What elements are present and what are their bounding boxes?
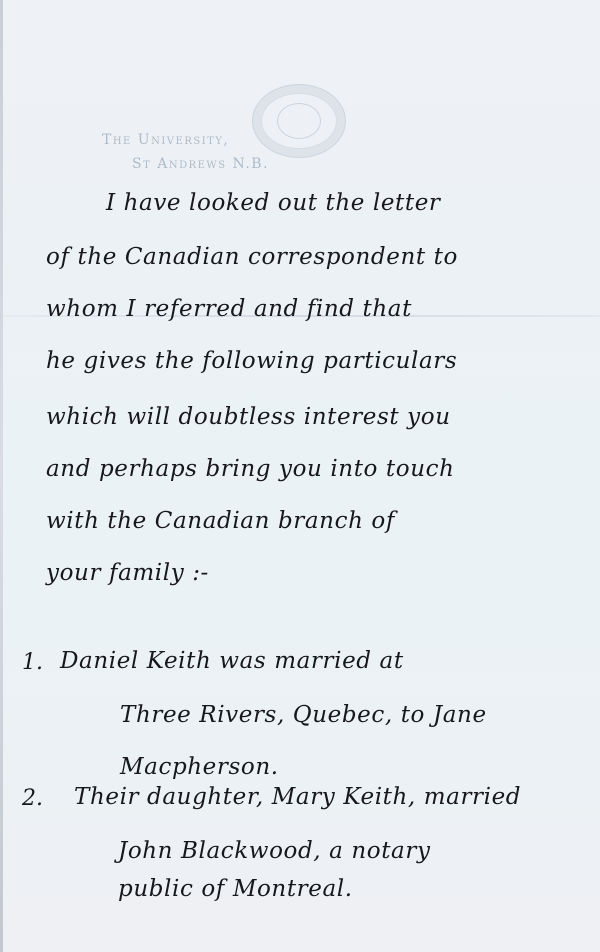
list-item-line: Three Rivers, Quebec, to Jane [120,702,487,728]
paragraph-line: your family :- [46,560,209,586]
paragraph-line: of the Canadian correspondent to [46,244,458,270]
paragraph-line: I have looked out the letter [106,190,441,216]
list-item-line: Macpherson. [120,754,279,780]
list-item-number: 1. [22,650,43,675]
paragraph-line: with the Canadian branch of [46,508,395,534]
list-item-number: 2. [22,786,43,811]
letterhead-location: St Andrews N.B. [92,152,269,176]
letterhead: The University, St Andrews N.B. [92,128,269,176]
list-item-line: John Blackwood, a notary [118,838,431,864]
paragraph-line: and perhaps bring you into touch [46,456,455,482]
paragraph-line: whom I referred and find that [46,296,412,322]
list-item-line: public of Montreal. [118,876,353,902]
list-item-line: Their daughter, Mary Keith, married [74,784,521,810]
paragraph-line: he gives the following particulars [46,348,457,374]
paragraph-line: which will doubtless interest you [46,404,451,430]
letterhead-institution: The University, [92,128,269,152]
page-edge [0,0,3,952]
seal-crest-icon [277,103,321,139]
letter-page: The University, St Andrews N.B. I have l… [0,0,600,952]
list-item-line: Daniel Keith was married at [60,648,404,674]
